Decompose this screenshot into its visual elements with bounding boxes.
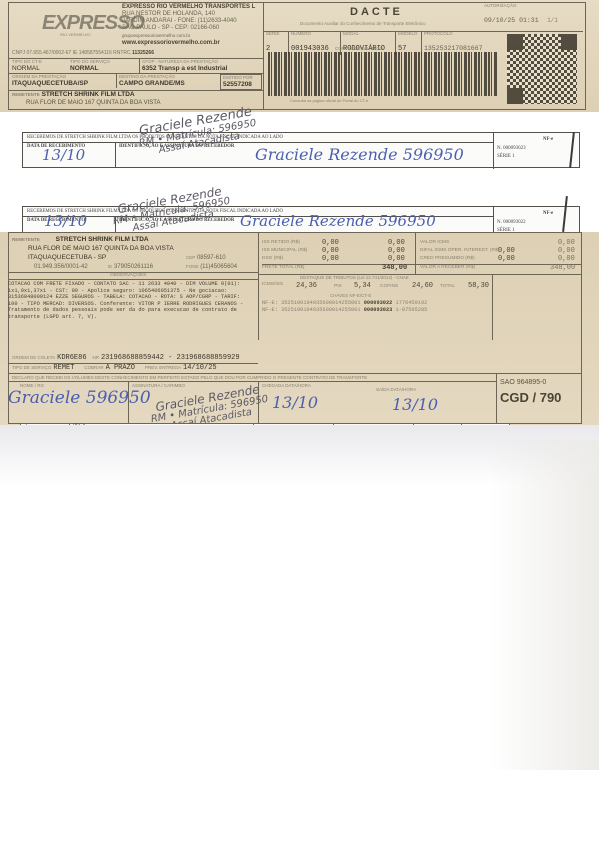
emitido-value: 52557208	[223, 81, 261, 89]
cobrar-value: A PRAZO	[106, 364, 135, 372]
total-label: TOTAL	[440, 284, 455, 289]
handwritten-nome: Graciele 596950	[8, 388, 151, 408]
difal-value-right: 0,00	[558, 247, 575, 255]
protocolo-label: PROTOCOLO	[424, 31, 503, 37]
iss-municipal-row: ISS MUNICIPAL (R$) 0,00 0,00 DIFAL ICMS …	[262, 248, 582, 256]
modal-label: MODAL	[343, 31, 395, 37]
handwritten-signature-2: Graciele Rezende 596950	[240, 212, 436, 230]
handwritten-saida: 13/10	[392, 395, 438, 414]
chave-prefix: NF-E: 3525100194935600014255001	[262, 300, 361, 306]
remetente-city: ITAQUAQUECETUBA - SP	[28, 254, 106, 261]
iss-retido-value-right: 0,00	[388, 239, 405, 247]
chaves-list: NF-E: 3525100194935600014255001 00009302…	[262, 300, 427, 314]
iss-retido-value: 0,00	[322, 239, 339, 247]
cep-value: 08597-610	[197, 255, 226, 261]
company-district-phone: JARDIM ANDARAI - FONE: (11)2633-4040	[122, 18, 237, 24]
barcode	[268, 52, 498, 96]
cep-label: CEP	[186, 255, 195, 260]
frete-total-label: FRETE TOTAL (R$)	[262, 265, 304, 270]
serie-label: SÉRIE	[266, 31, 288, 37]
scan-shadow	[489, 440, 599, 770]
ie-label: IE	[73, 50, 78, 56]
tipo-servico-label: TIPO DE SERVIÇO	[12, 365, 51, 370]
dsg-row: DSG (R$) 0,00 0,00 CRED PRESUMIDO (R$) 0…	[262, 256, 582, 264]
tipo-servico-field: TIPO DO SERVIÇO NORMAL	[70, 59, 135, 73]
divider	[8, 279, 258, 280]
divider	[23, 142, 493, 143]
divider	[258, 232, 259, 340]
handwritten-date-2: 13/10	[44, 212, 87, 230]
coleta-row: ORDEM DE COLETA KDR6E86 NR 2319686888594…	[12, 354, 240, 362]
iss-retido-label: ISS RETIDO (R$)	[262, 240, 300, 245]
observacoes-text: COTACAO COM FRETE FIXADO - CONTATO SAC -…	[8, 281, 252, 321]
handwritten-chegada: 13/10	[272, 393, 318, 412]
total-value: 58,30	[468, 282, 489, 290]
divider	[263, 2, 264, 110]
observacoes-label: OBSERVAÇÕES	[110, 273, 146, 278]
nr-range-value: 231968688859442 - 231968688859929	[101, 354, 240, 362]
tipo-servico-value: REMET	[53, 364, 74, 372]
origem-value: ITAQUAQUECETUBA/SP	[12, 80, 112, 88]
page-indicator: 1/1	[547, 17, 558, 24]
remetente-block: REMETENTE STRETCH SHRINK FILM LTDA	[12, 236, 149, 243]
cobrar-label: COBRAR	[84, 365, 103, 370]
authorization-label: AUTORIZAÇÃO	[484, 3, 558, 9]
logo-subtitle: RIO VERMELHO	[60, 32, 91, 37]
cred-value: 0,00	[498, 255, 515, 263]
remetente-fone: FONE (11)45065604	[186, 264, 237, 270]
ordem-coleta-value: KDR6E86	[57, 354, 86, 362]
tipo-cte-field: TIPO DO CT-E NORMAL	[12, 59, 72, 73]
emitido-field: EMITIDO POR 52557208	[220, 74, 262, 90]
remetente-label: REMETENTE	[12, 92, 40, 97]
rntrc-value: 11325266	[132, 50, 154, 56]
previsao-value: 14/10/25	[183, 364, 217, 372]
nfe-number: N. 000093023	[497, 146, 526, 151]
handwritten-date-1: 13/10	[42, 146, 85, 164]
company-info: EXPRESSO RIO VERMELHO TRANSPORTES L RUA …	[122, 4, 255, 47]
nfe-label: NF-e	[543, 211, 553, 216]
origem-field: ORIGEM DA PRESTAÇÃO ITAQUAQUECETUBA/SP	[12, 74, 112, 88]
numero-label: NÚMERO	[291, 31, 338, 37]
chave-item: NF-E: 3525100194935600014255001 00009302…	[262, 300, 427, 307]
dsg-value-right: 0,00	[388, 255, 405, 263]
cofins-value: 24,60	[412, 282, 433, 290]
valor-icms-value: 0,00	[558, 239, 575, 247]
valor-receber-value: 348,00	[550, 264, 575, 272]
authorization-field: AUTORIZAÇÃO 09/10/25 01:31 1/1	[484, 3, 558, 27]
destino-field: DESTINO DA PRESTAÇÃO CAMPO GRANDE/MS	[116, 74, 216, 88]
iss-municipal-label: ISS MUNICIPAL (R$)	[262, 248, 307, 253]
tipo-cte-value: NORMAL	[12, 65, 72, 73]
cofins-label: COFINS	[380, 284, 398, 289]
company-registration: CNPJ 07.655.467/0002-67 IE 148587554116 …	[12, 50, 154, 56]
company-name: EXPRESSO RIO VERMELHO TRANSPORTES L	[122, 4, 255, 10]
divider	[496, 373, 497, 423]
iss-municipal-value-right: 0,00	[388, 247, 405, 255]
divider	[115, 142, 116, 168]
chegada-label: CHEGADA DATA/HORA	[262, 383, 311, 388]
fone-value: (11)45065604	[200, 264, 237, 270]
ordem-coleta-label: ORDEM DE COLETA	[12, 355, 55, 360]
remetente-name: STRETCH SHRINK FILM LTDA	[56, 236, 149, 243]
iss-retido-row: ISS RETIDO (R$) 0,00 0,00 VALOR ICMS 0,0…	[262, 240, 582, 248]
modelo-label: MODELO	[398, 31, 421, 37]
chave-number: 000093023	[364, 307, 393, 313]
difal-value: 0,00	[498, 247, 515, 255]
company-city: SAO PAULO - SP - CEP: 02166-060	[122, 25, 219, 31]
chave-number: 000093022	[364, 300, 393, 306]
authorization-value: 09/10/25 01:31	[484, 17, 539, 24]
tributos-header: DESTAQUE DE TRIBUTOS (Lei 12.741/2012) -…	[300, 275, 409, 280]
dsg-value: 0,00	[322, 255, 339, 263]
nfe-label: NF-e	[543, 137, 553, 142]
company-logo: EXPRESSO RIO VERMELHO	[12, 4, 117, 42]
previsao-label: PREV. ENTREGA	[145, 365, 181, 370]
icms-value: 24,36	[296, 282, 317, 290]
tributos-row: ICMS/ISS 24,36 PIS 5,34 COFINS 24,60 TOT…	[262, 282, 492, 292]
chaves-header: CHAVES NF-E/CT-E	[330, 293, 371, 298]
company-website: www.expressoriovermelho.com.br	[122, 40, 220, 46]
remetente-cnpj: 01.949.356/0001-42	[34, 264, 88, 270]
fone-label: FONE	[186, 264, 199, 269]
pis-value: 5,34	[354, 282, 371, 290]
servico-row: TIPO DE SERVIÇO REMET COBRAR A PRAZO PRE…	[12, 364, 262, 372]
frete-total-row: FRETE TOTAL (R$) 348,00 VALOR A RECEBER …	[262, 264, 582, 272]
company-address: RUA NESTOR DE HOLANDA, 140	[122, 11, 215, 17]
cfop-field: CFOP - NATUREZA DA PRESTAÇÃO 6352 Transp…	[139, 59, 259, 73]
qr-code[interactable]	[507, 34, 577, 104]
sao-code: SAO 964895-0	[500, 379, 546, 386]
company-email: grupoexpressoriovermelho.com.br	[122, 33, 190, 38]
rntrc-label: RNTRC	[113, 50, 131, 56]
values-panel: ISS RETIDO (R$) 0,00 0,00 VALOR ICMS 0,0…	[262, 240, 582, 272]
dacte-subtitle: Documento Auxiliar do Conhecimento de Tr…	[300, 21, 426, 26]
declaracao-text: DECLARO QUE RECEBI OS VOLUMES DESTE CONH…	[12, 375, 367, 380]
remetente-address: RUA FLOR DE MAIO 167 QUINTA DA BOA VISTA	[28, 245, 174, 252]
remetente-name-top: STRETCH SHRINK FILM LTDA	[42, 91, 135, 98]
consulta-note: Consulta na página oficial do Portal do …	[290, 98, 368, 103]
cred-value-right: 0,00	[558, 255, 575, 263]
divider	[415, 232, 416, 274]
divider	[493, 133, 494, 169]
nr-label: NR	[92, 355, 99, 360]
nfe-serie: SÉRIE 1	[497, 154, 515, 159]
dacte-header-section: EXPRESSO RIO VERMELHO EXPRESSO RIO VERME…	[0, 0, 599, 112]
chave-item: NF-E: 3525100194935600014255001 00009302…	[262, 307, 427, 314]
dsg-label: DSG (R$)	[262, 256, 283, 261]
chave-suffix: 1776459192	[396, 300, 428, 306]
divider	[492, 274, 493, 340]
cred-label: CRED PRESUMIDO (R$)	[420, 256, 475, 261]
ie-value: 148587554116	[79, 50, 112, 56]
remetente-cep: CEP 08597-610	[186, 255, 226, 261]
remetente-ie: IE 379050261116	[108, 264, 153, 270]
cgd-code: CGD / 790	[500, 390, 561, 405]
chave-suffix: 1-07595285	[396, 307, 428, 313]
valor-icms-label: VALOR ICMS	[420, 240, 449, 245]
remetente-top-row: REMETENTE STRETCH SHRINK FILM LTDA	[12, 91, 135, 98]
chave-prefix: NF-E: 3525100194935600014255001	[262, 307, 361, 313]
ie-value: 379050261116	[114, 264, 153, 270]
iss-municipal-value: 0,00	[322, 247, 339, 255]
dacte-title: DACTE	[350, 6, 403, 18]
controle-fisco-label: CONTROLE DO FISCO	[335, 46, 383, 51]
saida-label: SAÍDA DATA/HORA	[376, 387, 416, 392]
cfop-value: 6352 Transp a est Industrial	[142, 65, 259, 73]
tipo-servico-value: NORMAL	[70, 65, 135, 73]
ie-label: IE	[108, 264, 112, 269]
handwritten-signature-1: Graciele Rezende 596950	[255, 145, 464, 164]
icms-label: ICMS/ISS	[262, 282, 283, 287]
cnpj-label: CNPJ	[12, 50, 25, 56]
nfe-number: N. 000093022	[497, 220, 526, 225]
protocolo-value: 135253217081667	[424, 45, 483, 52]
remetente-address-top: RUA FLOR DE MAIO 167 QUINTA DA BOA VISTA	[26, 100, 160, 106]
divider	[8, 381, 496, 382]
remetente-label: REMETENTE	[12, 237, 40, 242]
difal-label: DIFAL ICMS OPER. INTEREST. (R$)	[420, 248, 499, 253]
cnpj-value: 07.655.467/0002-67	[26, 50, 71, 56]
pis-label: PIS	[334, 284, 342, 289]
frete-total-value: 348,00	[382, 264, 407, 272]
valor-receber-label: VALOR A RECEBER (R$)	[420, 265, 475, 270]
destino-value: CAMPO GRANDE/MS	[119, 80, 216, 88]
